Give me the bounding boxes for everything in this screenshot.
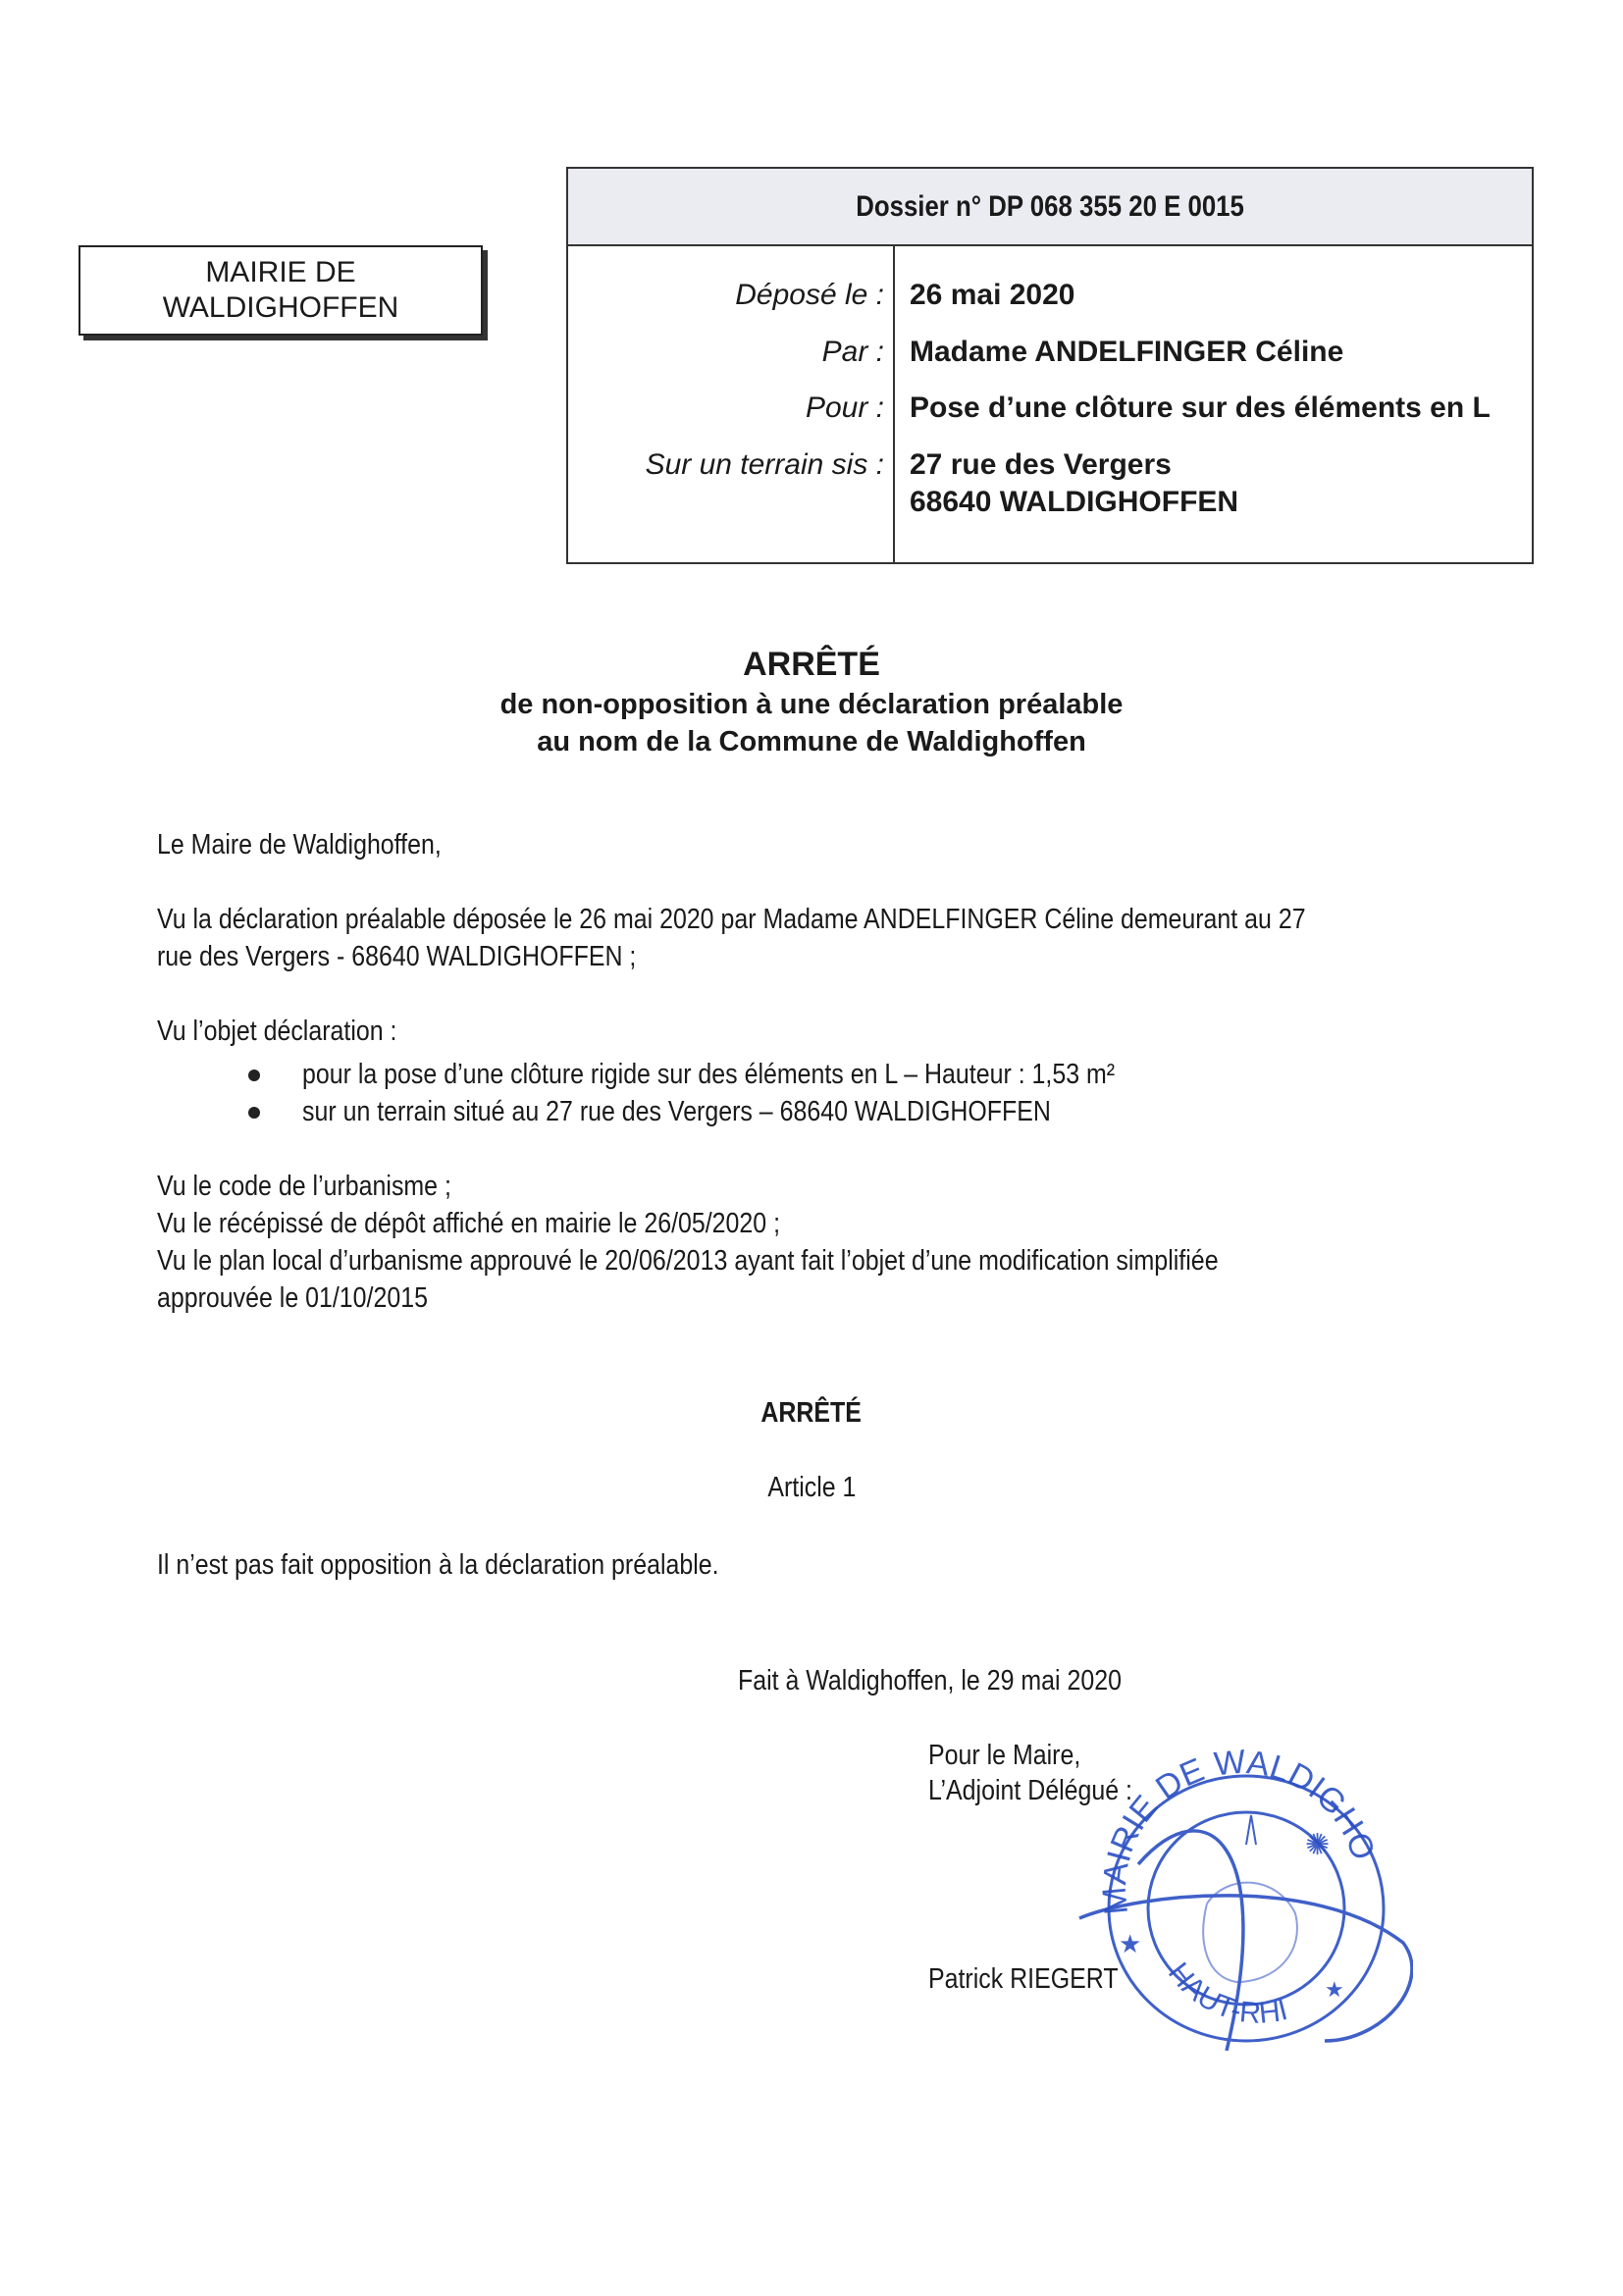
dossier-table: Dossier n° DP 068 355 20 E 0015 Déposé l… <box>566 167 1534 564</box>
article-text: Il n’est pas fait opposition à la déclar… <box>157 1546 811 1584</box>
intro-text: Le Maire de Waldighoffen, <box>157 826 488 863</box>
bullet-icon <box>248 1070 260 1081</box>
field-label: Pour : <box>806 389 884 428</box>
title-subtitle-1: de non-opposition à une déclaration préa… <box>0 686 1623 723</box>
mairie-box: MAIRIE DE WALDIGHOFFEN <box>79 245 483 336</box>
svg-text:★: ★ <box>1119 1929 1141 1958</box>
field-label: Sur un terrain sis : <box>646 445 884 485</box>
vu-declaration-2: rue des Vergers - 68640 WALDIGHOFFEN ; <box>157 938 714 975</box>
field-par: Par : Madame ANDELFINGER Céline <box>568 333 1532 372</box>
field-label: Déposé le : <box>735 276 884 315</box>
bullet-icon <box>248 1107 260 1119</box>
field-value: 68640 WALDIGHOFFEN <box>910 483 1238 522</box>
vu-recepisse: Vu le récépissé de dépôt affiché en mair… <box>157 1205 881 1242</box>
field-value: Pose d’une clôture sur des éléments en L <box>910 389 1491 428</box>
svg-text:✺: ✺ <box>1305 1829 1330 1861</box>
mairie-line1: MAIRIE DE <box>80 255 481 290</box>
field-label: Par : <box>822 333 884 372</box>
dossier-number: Dossier n° DP 068 355 20 E 0015 <box>568 169 1532 246</box>
place-date: Fait à Waldighoffen, le 29 mai 2020 <box>738 1662 1184 1699</box>
title-block: ARRÊTÉ de non-opposition à une déclarati… <box>0 643 1623 760</box>
vu-plu-1: Vu le plan local d’urbanisme approuvé le… <box>157 1242 1388 1279</box>
vu-objet: Vu l’objet déclaration : <box>157 1013 436 1050</box>
field-terrain: Sur un terrain sis : 27 rue des Vergers <box>568 445 1532 485</box>
vu-code: Vu le code de l’urbanisme ; <box>157 1168 499 1205</box>
mairie-line2: WALDIGHOFFEN <box>80 290 481 326</box>
vu-plu-2: approuvée le 01/10/2015 <box>157 1279 472 1317</box>
svg-text:★: ★ <box>1325 1977 1344 2002</box>
field-value: 27 rue des Vergers <box>910 445 1172 485</box>
field-terrain-line2: 68640 WALDIGHOFFEN <box>568 483 1532 522</box>
field-depose: Déposé le : 26 mai 2020 <box>568 276 1532 315</box>
field-value: Madame ANDELFINGER Céline <box>910 333 1343 372</box>
official-stamp-icon: MAIRIE DE WALDIGHOFFEN HAUT-RHIN ★ ★ ✺ <box>1060 1727 1413 2051</box>
field-pour: Pour : Pose d’une clôture sur des élémen… <box>568 389 1532 428</box>
article-number: Article 1 <box>0 1472 1623 1504</box>
title-subtitle-2: au nom de la Commune de Waldighoffen <box>0 723 1623 760</box>
vu-declaration-1: Vu la déclaration préalable déposée le 2… <box>157 901 1492 938</box>
svg-text:MAIRIE DE WALDIGHOFFEN: MAIRIE DE WALDIGHOFFEN <box>1060 1727 1382 1916</box>
page-title: ARRÊTÉ <box>0 643 1623 686</box>
field-value: 26 mai 2020 <box>910 276 1074 315</box>
decision-heading: ARRÊTÉ <box>0 1397 1623 1430</box>
